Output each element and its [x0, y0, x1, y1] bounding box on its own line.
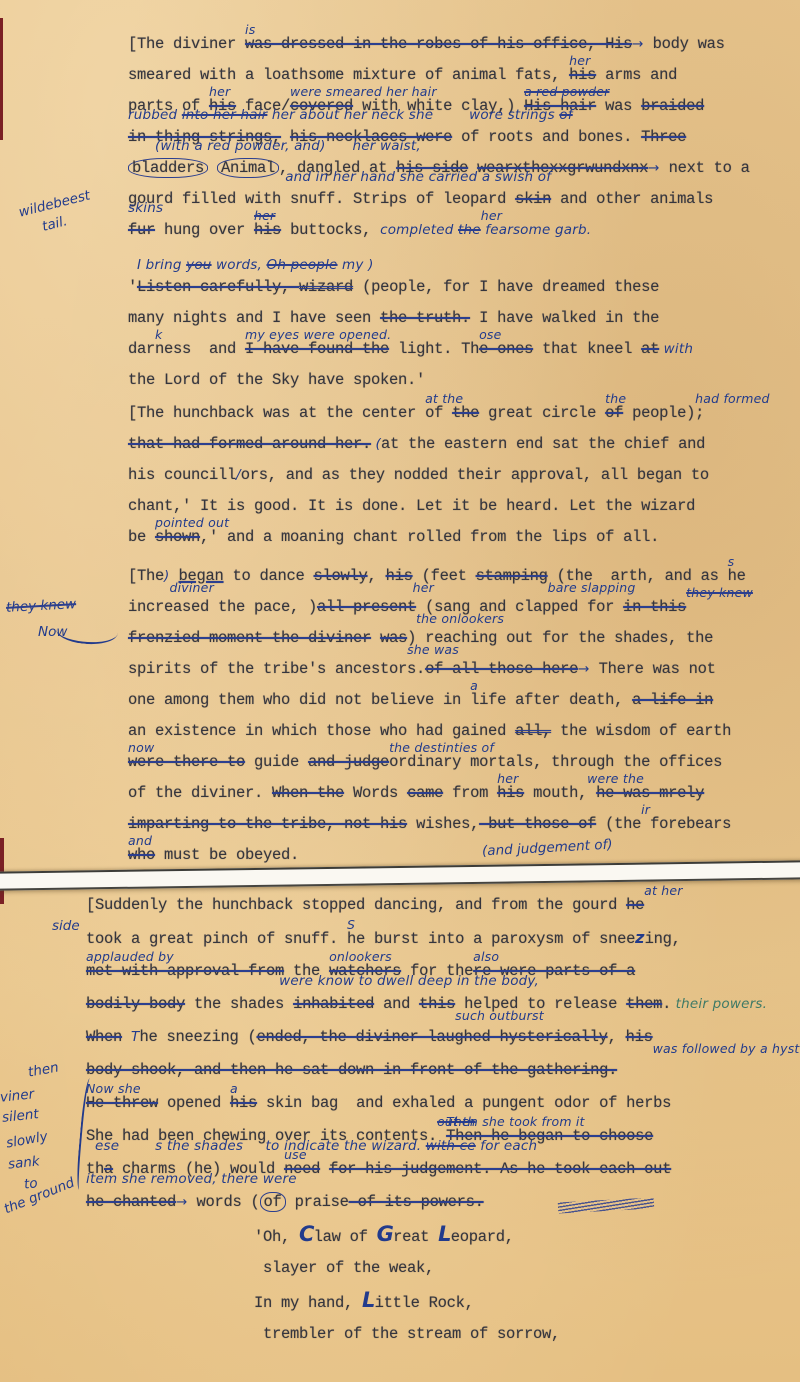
typed-text: forebears [641, 815, 731, 833]
typed-text: , [368, 567, 386, 585]
text-line: [The diviner iswas dressed in the robes … [128, 28, 800, 59]
handwritten-annotation: were know to dwell deep in the body, [86, 973, 539, 989]
typed-text: he sneezing ( [139, 1028, 256, 1046]
typed-text: of [425, 404, 452, 422]
typed-text: spirits of the tribe's ancestors. [128, 660, 425, 678]
typed-text: the Lord of the Sky have spoken.' [128, 371, 425, 389]
margin-note: side [52, 918, 80, 934]
typed-text: 'Oh, [254, 1228, 299, 1246]
typed-struck-text: Three [641, 128, 686, 146]
typed-struck-text: e ones [479, 340, 533, 358]
typed-text: next to a [660, 159, 750, 177]
typed-struck-text: his [569, 66, 596, 84]
text-line: [The hunchback was at the center at theo… [128, 397, 800, 428]
typed-struck-text: body shook, and then he sat down in fron… [86, 1061, 617, 1079]
typed-struck-text: his [497, 784, 524, 802]
typed-text: body was [644, 35, 725, 53]
typed-struck-text: the truth. [380, 309, 470, 327]
typed-text: skin bag and exhaled a pungent odor of h… [257, 1094, 671, 1112]
typed-text [320, 1160, 329, 1178]
typed-text: at the eastern end sat the chief and [381, 435, 705, 453]
typed-struck-text: inhabited [293, 995, 374, 1013]
handwritten-annotation: rubbed [128, 107, 182, 123]
sheet-bottom: [Suddenly the hunchback stopped dancing,… [0, 888, 800, 1350]
typed-text: [Suddenly the hunchback stopped dancing,… [86, 896, 626, 914]
handwritten-annotation: → [578, 661, 590, 677]
typed-text: he [728, 567, 746, 585]
text-line: [Suddenly the hunchback stopped dancing,… [86, 888, 800, 921]
typed-text: opened [158, 1094, 230, 1112]
text-line: trembler of the stream of sorrow, [254, 1317, 800, 1350]
typed-struck-text: shown [155, 528, 200, 546]
typed-text: was [596, 97, 641, 115]
typed-struck-text: his [626, 1028, 653, 1046]
text-line: fur hung over herhis buttocks, completed… [128, 214, 800, 245]
typed-text: of [260, 1192, 286, 1212]
typed-text: [The [128, 567, 164, 585]
typed-text: ors, and as they nodded their approval, … [241, 466, 709, 484]
typed-text: slayer of the weak, [254, 1259, 434, 1277]
typed-text: ,' and a moaning chant rolled from the l… [200, 528, 659, 546]
typed-struck-text: When [86, 1028, 122, 1046]
typed-text: I have walked in the [470, 309, 659, 327]
handwritten-annotation: with ce [426, 1138, 476, 1154]
typed-struck-text: were there to [128, 753, 245, 771]
typed-text: reat [393, 1228, 438, 1246]
paragraph: I bring you words, Oh people my )'Listen… [128, 271, 800, 395]
handwritten-annotation: L [362, 1288, 376, 1312]
typed-text: gourd filled with snuff. Strips of leopa… [128, 190, 515, 208]
handwritten-annotation: for each [476, 1138, 538, 1154]
typed-struck-text: in this [623, 598, 686, 616]
typed-text: the wisdom of earth [551, 722, 731, 740]
typed-text: people) [623, 404, 695, 422]
typed-struck-text: skin [515, 190, 551, 208]
typed-struck-text: wizard [299, 278, 353, 296]
typed-struck-text: he chanted [86, 1193, 176, 1211]
handwritten-annotation: C [299, 1222, 315, 1246]
margin-note: Now [38, 624, 67, 640]
typed-struck-text: braided [641, 97, 704, 115]
typed-text: chant,' It is good. It is done. Let it b… [128, 497, 695, 515]
text-line: imparting to the tribe, not his wishes, … [128, 808, 800, 839]
text-line: bodily body the shades inhabited and thi… [86, 987, 800, 1020]
typed-struck-text: at [641, 340, 659, 358]
typed-text: he burst into a paroxysm of snee [347, 930, 635, 948]
typed-struck-text: that had formed around her. [128, 435, 371, 453]
typed-text: [The diviner [128, 35, 245, 53]
typed-text: eopard, [451, 1228, 514, 1246]
handwritten-annotation: the [458, 222, 481, 238]
typed-text [587, 784, 596, 802]
handwritten-annotation: L [438, 1222, 452, 1246]
typed-text: There was not [590, 660, 716, 678]
typed-text: life after death, [470, 691, 632, 709]
typed-struck-text: this [419, 995, 455, 1013]
text-line: that had formed around her. (at the east… [128, 428, 800, 459]
typed-text: [The hunchback was at the center [128, 404, 425, 422]
typed-text: and [374, 995, 419, 1013]
typed-struck-text: and judge [308, 753, 389, 771]
typed-struck-text: frenzied moment the diviner [128, 629, 371, 647]
typed-text: In my hand, [254, 1294, 362, 1312]
handwritten-annotation: and in her hand she carried a swish of [128, 169, 551, 185]
typed-struck-text: came [407, 784, 443, 802]
text-line: took a great pinch of snuff. She burst i… [86, 921, 800, 954]
typed-text: wishes, [407, 815, 479, 833]
typed-struck-text: I have found the [245, 340, 389, 358]
text-line: frenzied moment the diviner wasshe was) … [128, 622, 800, 653]
typed-struck-text: of its powers. [349, 1193, 484, 1211]
handwritten-annotation: completed [380, 222, 458, 238]
typed-struck-text: his [386, 567, 413, 585]
handwritten-annotation: her about her neck she wore strings [267, 107, 559, 123]
typed-text: law of [314, 1228, 377, 1246]
typed-text: Words [344, 784, 407, 802]
typed-struck-text: slowly [314, 567, 368, 585]
typed-text: great circle [479, 404, 605, 422]
typed-text: ittle Rock, [375, 1294, 474, 1312]
typed-struck-text: who [128, 846, 155, 864]
typed-struck-text: his [230, 1094, 257, 1112]
handwritten-annotation: z [635, 928, 645, 947]
typed-text [371, 629, 380, 647]
paragraph: [The)diviner began to dance slowly, hish… [128, 560, 800, 870]
handwritten-annotation: item she removed, there were [86, 1171, 297, 1187]
typed-text: ing, [645, 930, 681, 948]
typed-text: took a great pinch of snuff. [86, 930, 347, 948]
paragraph: 'Oh, Claw of Great Leopard, slayer of th… [86, 1218, 800, 1350]
sheet-top: [The diviner iswas dressed in the robes … [0, 0, 800, 870]
typed-text: ; [695, 404, 704, 422]
handwritten-annotation: skins [128, 200, 163, 216]
typed-text: from [443, 784, 497, 802]
typed-text: and other animals [551, 190, 713, 208]
typed-struck-text: bodily body [86, 995, 185, 1013]
typed-text: ness and [155, 340, 245, 358]
margin-note: sank [7, 1153, 40, 1172]
typed-text: his councill [128, 466, 236, 484]
typed-text: increased the pace, ) [128, 598, 317, 616]
typed-text: arms and [596, 66, 677, 84]
paragraph: [Suddenly the hunchback stopped dancing,… [86, 888, 800, 1218]
handwritten-annotation: fearsome garb. [481, 222, 591, 238]
typed-text: to dance [224, 567, 314, 585]
text-line: spirits of the tribe's ancestors.of all … [128, 653, 800, 684]
handwritten-annotation: ( [371, 436, 381, 452]
text-line: 'Listen carefully, wizard (people, for I… [128, 271, 800, 302]
typed-struck-text: of [605, 404, 623, 422]
text-line: andwho must be obeyed. [128, 839, 800, 870]
typed-struck-text: a life in [632, 691, 713, 709]
text-line: 'Oh, Claw of Great Leopard, [254, 1218, 800, 1251]
typed-text: (people, for I have dreamed these [353, 278, 659, 296]
typed-text: many nights and I have seen [128, 309, 380, 327]
typed-struck-text: He threw [86, 1094, 158, 1112]
typed-text: one among them who did not believe in [128, 691, 470, 709]
handwritten-annotation: into her hair [182, 107, 268, 123]
typed-text: , [608, 1028, 626, 1046]
text-line: When The sneezing (ended, the diviner la… [86, 1020, 800, 1053]
handwritten-annotation: you [186, 257, 211, 273]
typed-text: ordinary mortals, through the offices [389, 753, 722, 771]
typed-text: of roots and bones. [452, 128, 641, 146]
page: [The diviner iswas dressed in the robes … [0, 0, 800, 1382]
typed-struck-text: them [626, 995, 662, 1013]
handwritten-annotation: their powers. [671, 996, 767, 1012]
typed-struck-text: fur [128, 221, 155, 239]
handwritten-annotation: I bring [128, 257, 186, 273]
typed-struck-text: all, [515, 722, 551, 740]
typed-struck-text: but those of [479, 815, 596, 833]
typed-struck-text: he [626, 896, 644, 914]
text-line: be pointed outshown,' and a moaning chan… [128, 521, 800, 552]
typed-struck-text: the [452, 404, 479, 422]
typed-struck-text: was dressed in the robes of his office, … [245, 35, 632, 53]
typed-text: of the diviner. [128, 784, 272, 802]
typed-struck-text: Listen carefully, [137, 278, 299, 296]
text-line: gourd filled with snuff. Strips of leopa… [128, 183, 800, 214]
typed-struck-text: imparting to the tribe, not his [128, 815, 407, 833]
text-line: he chanted→ words (of praise of its powe… [86, 1185, 800, 1218]
text-line: In my hand, Little Rock, [254, 1284, 800, 1317]
handwritten-annotation: words, [212, 257, 267, 273]
typed-text: (the [596, 815, 641, 833]
text-line: nowwere there to guide and judgethe dest… [128, 746, 800, 777]
typed-text: light. Th [389, 340, 479, 358]
handwritten-annotation: → [648, 160, 660, 176]
paragraph: [The diviner iswas dressed in the robes … [128, 28, 800, 245]
typed-struck-text: all present [317, 598, 416, 616]
typed-text: an existence in which those who had gain… [128, 722, 515, 740]
typed-text [122, 1028, 131, 1046]
text-line: darkness and my eyes were opened.I have … [128, 333, 800, 364]
handwritten-annotation: Oh people [267, 257, 338, 273]
typed-text: guide [245, 753, 308, 771]
text-line: increased the pace, )all presentthe onlo… [128, 591, 800, 622]
handwritten-annotation: → [176, 1194, 188, 1210]
typed-text: mouth, [524, 784, 587, 802]
text-line: his councill/ors, and as they nodded the… [128, 459, 800, 490]
typed-text: dar [128, 340, 155, 358]
typed-struck-text: of all those here [425, 660, 578, 678]
typed-text: trembler of the stream of sorrow, [254, 1325, 560, 1343]
handwritten-annotation: → [632, 36, 644, 52]
handwritten-annotation: (with a red powder, and) her waist, [128, 138, 421, 154]
typed-text: be [128, 528, 155, 546]
typed-struck-text: he was mrely [596, 784, 704, 802]
text-line: body shook, and then he sat down in fron… [86, 1053, 800, 1086]
typed-struck-text: was [380, 629, 407, 647]
text-line: one among them who did not believe in al… [128, 684, 800, 715]
paragraph: [The hunchback was at the center at theo… [128, 397, 800, 552]
handwritten-annotation: of [559, 107, 572, 123]
handwritten-annotation: ese s the shades to indicate the wizard. [86, 1138, 426, 1154]
typed-struck-text: ended, the diviner laughed hysterically [257, 1028, 608, 1046]
typed-text: the shades [185, 995, 293, 1013]
typed-text: must be obeyed. [155, 846, 299, 864]
typed-struck-text: his [254, 221, 281, 239]
typed-text: buttocks, [281, 221, 380, 239]
handwritten-annotation: my ) [338, 257, 374, 273]
typed-text: smeared with a loathsome mixture of anim… [128, 66, 569, 84]
typed-struck-text: stamping [476, 567, 548, 585]
text-line: slayer of the weak, [254, 1251, 800, 1284]
handwritten-annotation: with [659, 341, 693, 357]
typed-text: . [662, 995, 671, 1013]
handwritten-annotation: G [377, 1222, 394, 1246]
typed-text: that kneel [533, 340, 641, 358]
text-line: of the diviner. When the Words came from… [128, 777, 800, 808]
typed-text: praise [286, 1193, 349, 1211]
typed-text: words ( [188, 1193, 260, 1211]
typed-struck-text: for his judgement. As he took each out [329, 1160, 671, 1178]
text-line: many nights and I have seen the truth. I… [128, 302, 800, 333]
typed-text: ' [128, 278, 137, 296]
typed-text: hung over [155, 221, 254, 239]
typed-struck-text: When the [272, 784, 344, 802]
